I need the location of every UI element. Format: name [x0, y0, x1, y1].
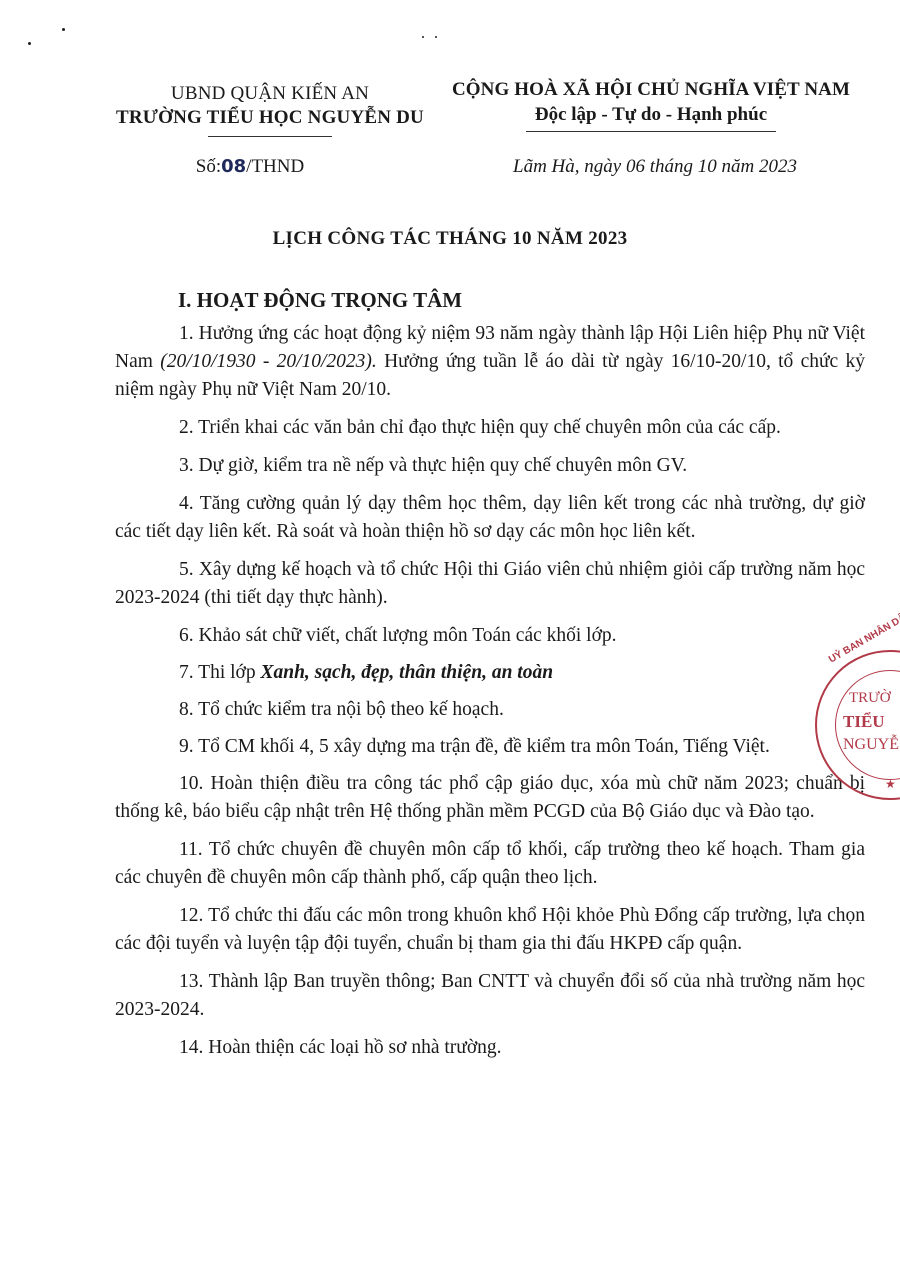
list-item: 6. Khảo sát chữ viết, chất lượng môn Toá…	[115, 622, 865, 650]
list-item: 14. Hoàn thiện các loại hồ sơ nhà trường…	[115, 1034, 865, 1062]
list-item: 11. Tổ chức chuyên đề chuyên môn cấp tổ …	[115, 836, 865, 892]
list-item: 7. Thi lớp Xanh, sạch, đẹp, thân thiện, …	[115, 659, 865, 687]
motto-underline	[526, 131, 776, 132]
country-name: CỘNG HOÀ XÃ HỘI CHỦ NGHĨA VIỆT NAM	[445, 78, 857, 102]
agency-name: UBND QUẬN KIẾN AN	[80, 82, 460, 106]
list-item: 5. Xây dựng kế hoạch và tổ chức Hội thi …	[115, 556, 865, 612]
school-name: TRƯỜNG TIỂU HỌC NGUYỄN DU	[80, 106, 460, 130]
scan-speck	[422, 36, 424, 38]
list-item: 3. Dự giờ, kiểm tra nề nếp và thực hiện …	[115, 452, 865, 480]
scan-speck	[435, 36, 437, 38]
list-item: 13. Thành lập Ban truyền thông; Ban CNTT…	[115, 968, 865, 1024]
national-motto: Độc lập - Tự do - Hạnh phúc	[445, 102, 857, 127]
document-number: Số:08/THND	[150, 156, 350, 178]
seal-line-2: TIỂU	[843, 712, 885, 732]
school-underline	[208, 136, 332, 137]
issuer-header: UBND QUẬN KIẾN AN TRƯỜNG TIỂU HỌC NGUYỄN…	[80, 82, 460, 137]
list-item: 10. Hoàn thiện điều tra công tác phổ cập…	[115, 770, 865, 826]
place-date: Lãm Hà, ngày 06 tháng 10 năm 2023	[445, 156, 865, 178]
list-item: 4. Tăng cường quản lý dạy thêm học thêm,…	[115, 490, 865, 546]
section-heading: I. HOẠT ĐỘNG TRỌNG TÂM	[178, 288, 462, 313]
activity-list: 1. Hưởng ứng các hoạt động kỷ niệm 93 nă…	[115, 320, 865, 1072]
doc-number-prefix: Số:	[196, 156, 221, 177]
document-title: LỊCH CÔNG TÁC THÁNG 10 NĂM 2023	[0, 228, 900, 250]
list-item: 12. Tổ chức thi đấu các môn trong khuôn …	[115, 902, 865, 958]
list-item: 1. Hưởng ứng các hoạt động kỷ niệm 93 nă…	[115, 320, 865, 404]
national-header: CỘNG HOÀ XÃ HỘI CHỦ NGHĨA VIỆT NAM Độc l…	[445, 78, 857, 132]
doc-number-handwritten: 08	[221, 156, 246, 177]
seal-line-1: TRƯỜ	[849, 690, 891, 707]
doc-number-suffix: /THND	[246, 156, 304, 177]
list-item: 8. Tổ chức kiểm tra nội bộ theo kế hoạch…	[115, 696, 865, 724]
list-item: 9. Tổ CM khối 4, 5 xây dựng ma trận đề, …	[115, 733, 865, 761]
seal-line-3: NGUYỄ	[843, 736, 899, 754]
scan-speck	[28, 42, 31, 45]
seal-star-icon: ★	[885, 777, 896, 792]
list-item: 2. Triển khai các văn bản chỉ đạo thực h…	[115, 414, 865, 442]
scan-speck	[62, 28, 65, 31]
